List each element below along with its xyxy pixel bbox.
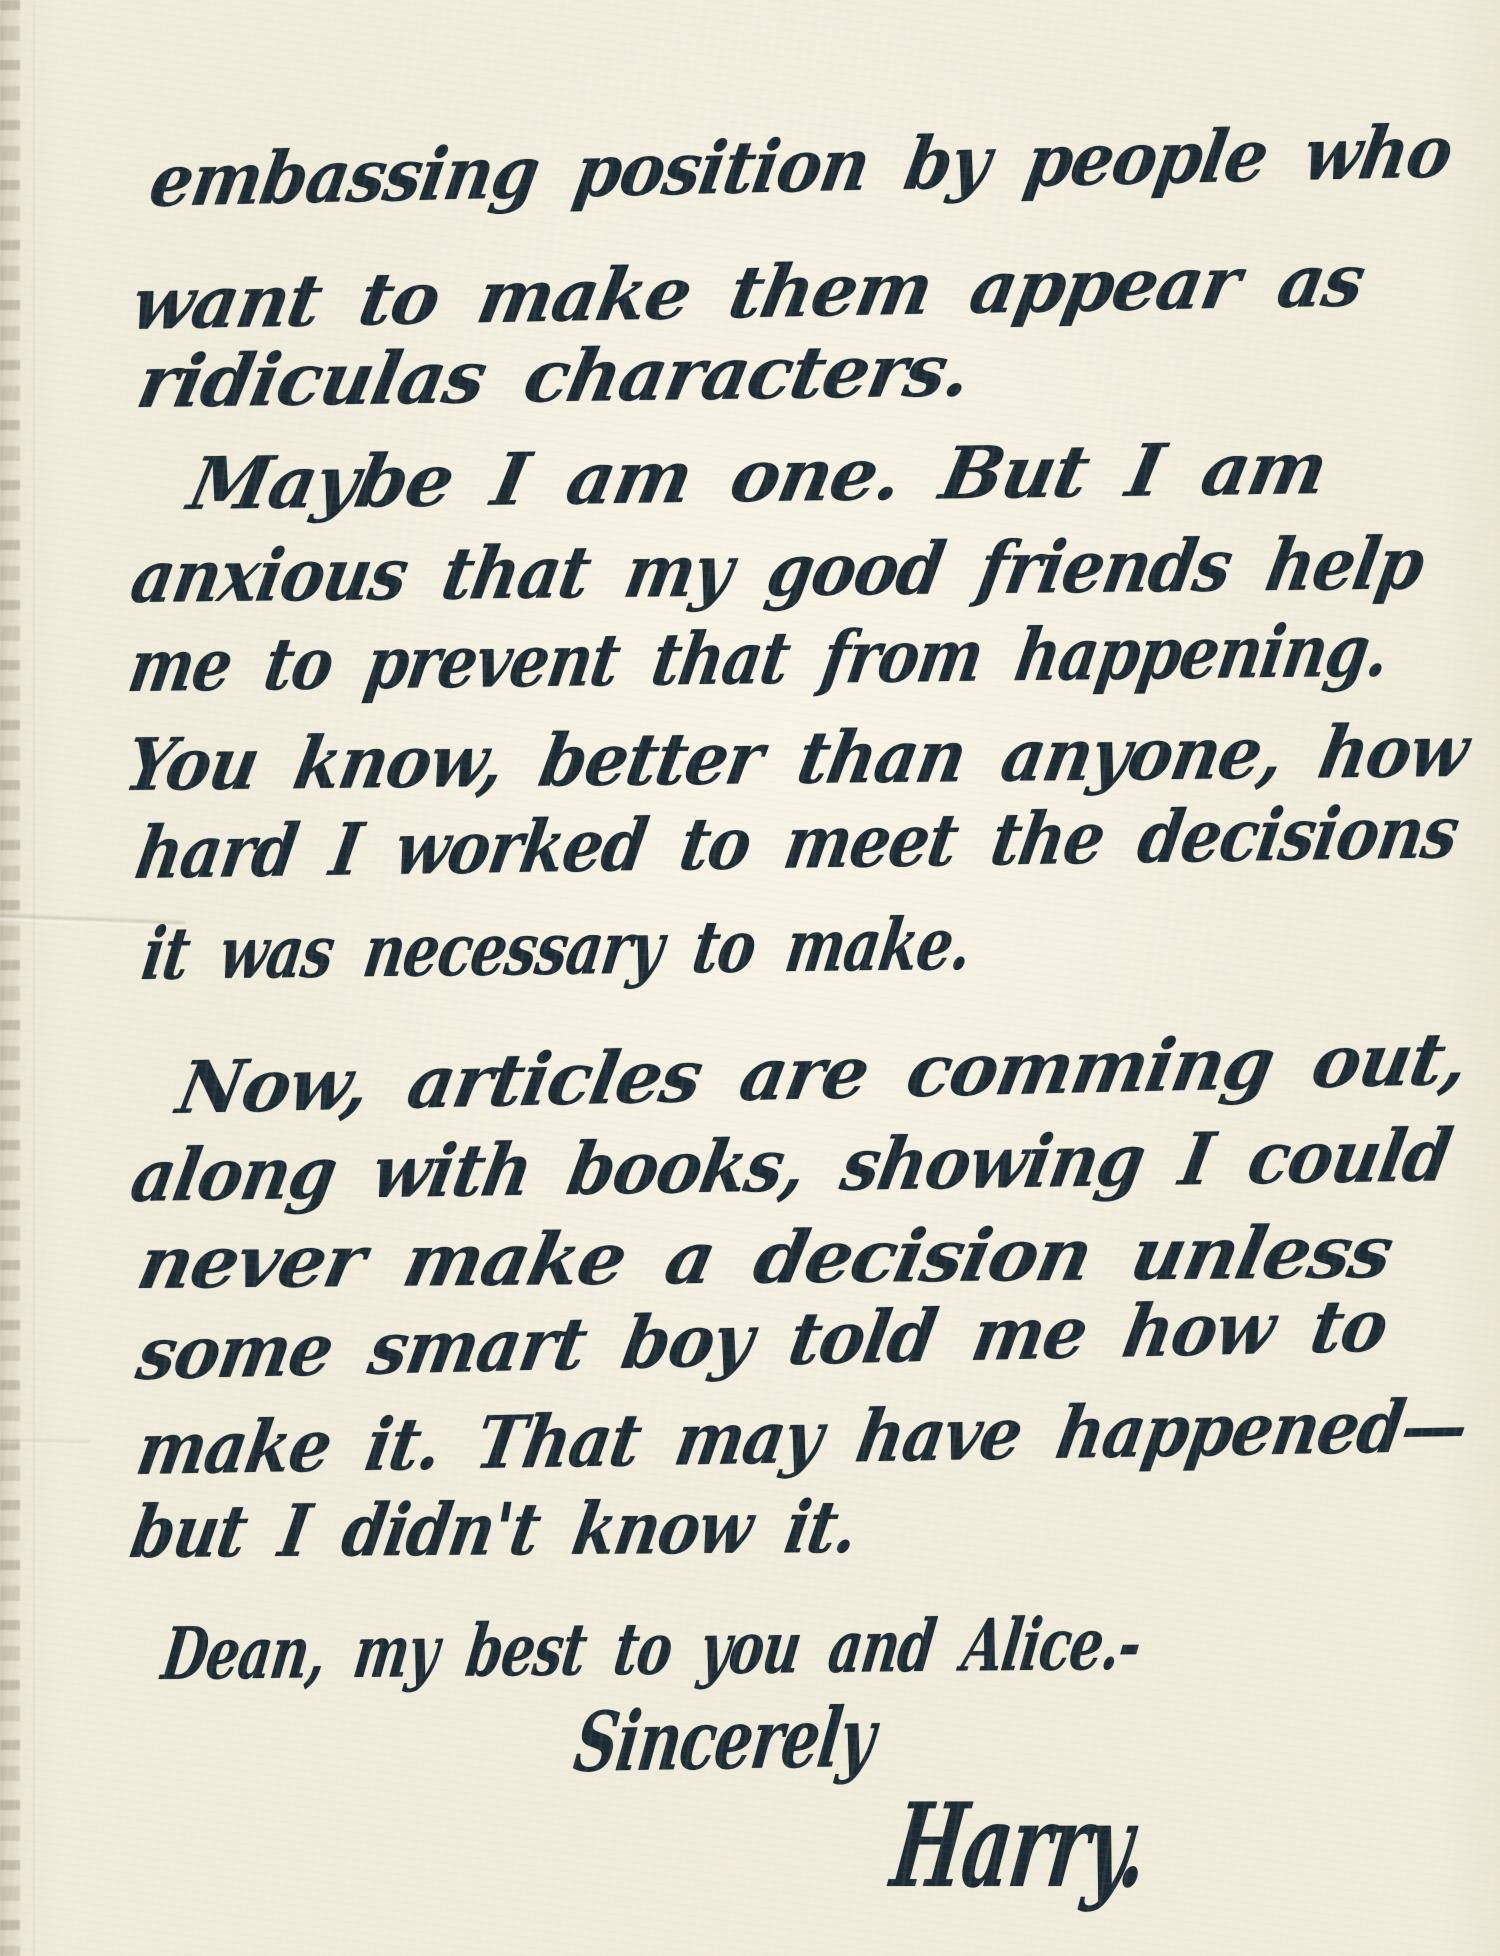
paper-torn-edge xyxy=(0,0,20,1956)
paper-crease-vertical xyxy=(33,0,36,1956)
handwriting-line-13: some smart boy told me how to xyxy=(132,1289,1392,1390)
valediction: Sincerely xyxy=(570,1697,879,1784)
handwriting-line-11: along with books, showing I could xyxy=(126,1119,1456,1212)
handwriting-line-16: Dean, my best to you and Alice.- xyxy=(158,1608,1145,1690)
handwriting-line-3: ridiculas characters. xyxy=(132,334,976,418)
handwriting-line-10: Now, articles are comming out, xyxy=(172,1022,1473,1124)
handwriting-line-8: hard I worked to meet the decisions xyxy=(131,796,1463,889)
handwriting-line-7: You know, better than anyone, how xyxy=(120,715,1473,801)
handwriting-line-9: it was necessary to make. xyxy=(138,908,976,990)
handwriting-line-4: Maybe I am one. But I am xyxy=(183,432,1332,520)
letter-page: embassing position by people who want to… xyxy=(0,0,1500,1956)
handwriting-line-5: anxious that my good friends help xyxy=(126,527,1429,613)
handwriting-line-2: want to make them appear as xyxy=(126,244,1370,340)
signature-harry: Harry. xyxy=(886,1788,1154,1904)
handwriting-line-6: me to prevent that from happening. xyxy=(124,614,1394,702)
handwriting-line-15: but I didn't know it. xyxy=(126,1491,863,1568)
handwriting-line-1: embassing position by people who xyxy=(145,115,1457,217)
handwriting-line-14: make it. That may have happened— xyxy=(132,1390,1472,1485)
